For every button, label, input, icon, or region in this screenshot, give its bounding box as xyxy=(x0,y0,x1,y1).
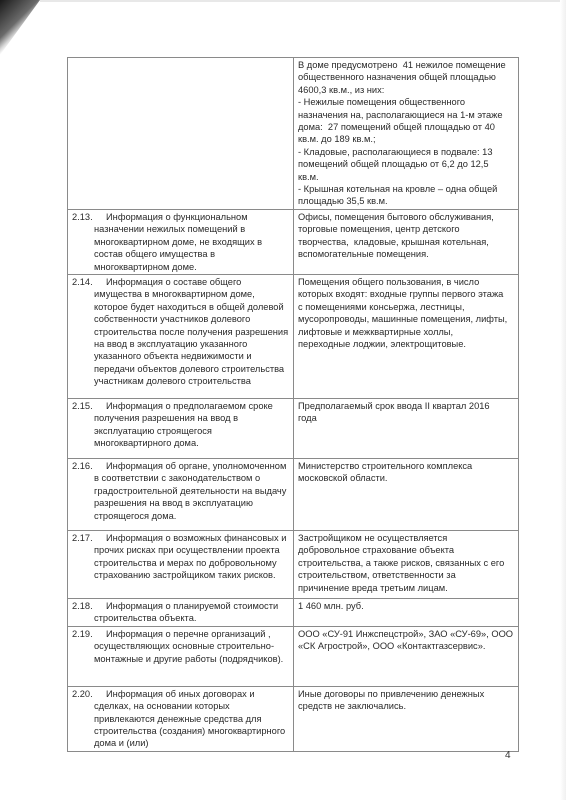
item-value-line: 1 460 млн. руб. xyxy=(298,600,514,612)
item-value-line: средств не заключались. xyxy=(298,700,514,712)
item-label-text: Информация о функциональном назначении н… xyxy=(94,212,262,272)
table-row: 2.19.Информация о перечне организаций , … xyxy=(68,626,519,686)
item-value-line: которых входят: входные группы первого э… xyxy=(298,288,514,300)
item-value-line: мусоропроводы, машинные помещения, лифты… xyxy=(298,313,514,325)
page-corner-fold xyxy=(0,0,40,55)
item-number: 2.20. xyxy=(72,688,94,700)
item-label: 2.14.Информация о составе общего имущест… xyxy=(72,276,289,388)
item-label-cell: 2.14.Информация о составе общего имущест… xyxy=(68,275,294,399)
item-value-line: переходные лоджии, электрощитовые. xyxy=(298,338,514,350)
item-value-line: вспомогательные помещения. xyxy=(298,248,514,260)
item-label-text: Информация о возможных финансовых и проч… xyxy=(94,533,286,580)
item-value-line: строительством, ответственности за xyxy=(298,569,514,581)
scan-top-edge xyxy=(40,0,566,2)
disclosure-table: В доме предусмотрено 41 нежилое помещени… xyxy=(67,57,519,752)
item-value-line: Иные договоры по привлечению денежных xyxy=(298,688,514,700)
item-value-line: «СК Агрострой», ООО «Контактгазсервис». xyxy=(298,640,514,652)
item-value-line: Помещения общего пользования, в число xyxy=(298,276,514,288)
item-value-line: ООО «СУ-91 Инжспецстрой», ЗАО «СУ-69», О… xyxy=(298,628,514,640)
item-value-line: кв.м. до 189 кв.м.; xyxy=(298,133,514,145)
item-value-line: московской области. xyxy=(298,472,514,484)
item-label: 2.17.Информация о возможных финансовых и… xyxy=(72,532,289,582)
table-row: 2.14.Информация о составе общего имущест… xyxy=(68,275,519,399)
item-value-line: помещений общей площадью от 6,2 до 12,5 xyxy=(298,158,514,170)
item-value-line: назначения на, располагающиеся на 1-м эт… xyxy=(298,109,514,121)
item-label-text: Информация о составе общего имущества в … xyxy=(94,277,288,386)
item-value-line: торговые помещения, центр детского xyxy=(298,223,514,235)
item-value-line: - Нежилые помещения общественного xyxy=(298,96,514,108)
item-value-cell: Помещения общего пользования, в числокот… xyxy=(294,275,519,399)
item-value-line: Министерство строительного комплекса xyxy=(298,460,514,472)
item-label-cell: 2.13.Информация о функциональном назначе… xyxy=(68,210,294,275)
item-value-line: добровольное страхование объекта xyxy=(298,544,514,556)
item-label-text: Информация о планируемой стоимости строи… xyxy=(94,601,278,623)
item-label: 2.19.Информация о перечне организаций , … xyxy=(72,628,289,665)
item-number: 2.16. xyxy=(72,460,94,472)
item-value-line: площадью 35,5 кв.м. xyxy=(298,195,514,207)
item-label xyxy=(72,59,289,71)
item-value-line: строительства, а также рисков, связанных… xyxy=(298,557,514,569)
item-label-cell: 2.19.Информация о перечне организаций , … xyxy=(68,626,294,686)
item-value-line: В доме предусмотрено 41 нежилое помещени… xyxy=(298,59,514,71)
item-value-line: общественного назначения общей площадью xyxy=(298,71,514,83)
item-value-line: Офисы, помещения бытового обслуживания, xyxy=(298,211,514,223)
item-value-line: кв.м. xyxy=(298,171,514,183)
item-label-cell: 2.18.Информация о планируемой стоимости … xyxy=(68,599,294,627)
item-label: 2.13.Информация о функциональном назначе… xyxy=(72,211,289,273)
item-label-cell: 2.20.Информация об иных договорах и сдел… xyxy=(68,686,294,751)
item-number: 2.17. xyxy=(72,532,94,544)
item-value-line: года xyxy=(298,412,514,424)
scan-right-edge xyxy=(560,0,566,800)
item-value-cell: Застройщиком не осуществляетсядобровольн… xyxy=(294,531,519,599)
item-label-text: Информация об иных договорах и сделках, … xyxy=(94,689,285,749)
page-number: 4 xyxy=(505,750,511,761)
item-value-cell: ООО «СУ-91 Инжспецстрой», ЗАО «СУ-69», О… xyxy=(294,626,519,686)
item-label: 2.15.Информация о предполагаемом сроке п… xyxy=(72,400,289,450)
item-value-cell: Иные договоры по привлечению денежныхсре… xyxy=(294,686,519,751)
item-label-text: Информация о перечне организаций , осуще… xyxy=(94,629,283,664)
item-value-line: с помещениями консьержа, лестницы, xyxy=(298,301,514,313)
item-value-line: Застройщиком не осуществляется xyxy=(298,532,514,544)
table-row: 2.18.Информация о планируемой стоимости … xyxy=(68,599,519,627)
item-value-cell: В доме предусмотрено 41 нежилое помещени… xyxy=(294,58,519,210)
table-row: 2.17.Информация о возможных финансовых и… xyxy=(68,531,519,599)
item-label-text: Информация об органе, уполномоченном в с… xyxy=(94,461,286,521)
item-value-cell: Офисы, помещения бытового обслуживания,т… xyxy=(294,210,519,275)
item-value-line: - Крышная котельная на кровле – одна общ… xyxy=(298,183,514,195)
item-value-line: Предполагаемый срок ввода II квартал 201… xyxy=(298,400,514,412)
item-value-line: дома: 27 помещений общей площадью от 40 xyxy=(298,121,514,133)
item-label-cell: 2.17.Информация о возможных финансовых и… xyxy=(68,531,294,599)
item-value-cell: Министерство строительного комплексамоск… xyxy=(294,459,519,531)
item-label-text: Информация о предполагаемом сроке получе… xyxy=(94,401,273,448)
item-number: 2.14. xyxy=(72,276,94,288)
table-row: 2.20.Информация об иных договорах и сдел… xyxy=(68,686,519,751)
item-label: 2.20.Информация об иных договорах и сдел… xyxy=(72,688,289,750)
item-value-line: 4600,3 кв.м., из них: xyxy=(298,84,514,96)
table-row: 2.13.Информация о функциональном назначе… xyxy=(68,210,519,275)
item-label: 2.16.Информация об органе, уполномоченно… xyxy=(72,460,289,522)
item-label-cell: 2.16.Информация об органе, уполномоченно… xyxy=(68,459,294,531)
item-value-line: лифтовые и межквартирные холлы, xyxy=(298,326,514,338)
table-row: 2.15.Информация о предполагаемом сроке п… xyxy=(68,399,519,459)
item-label: 2.18.Информация о планируемой стоимости … xyxy=(72,600,289,625)
item-number: 2.19. xyxy=(72,628,94,640)
item-number: 2.18. xyxy=(72,600,94,612)
item-value-line: причинение вреда третьим лицам. xyxy=(298,582,514,594)
item-value-cell: Предполагаемый срок ввода II квартал 201… xyxy=(294,399,519,459)
item-number: 2.13. xyxy=(72,211,94,223)
item-label-cell xyxy=(68,58,294,210)
table-row: В доме предусмотрено 41 нежилое помещени… xyxy=(68,58,519,210)
item-label-cell: 2.15.Информация о предполагаемом сроке п… xyxy=(68,399,294,459)
item-number: 2.15. xyxy=(72,400,94,412)
item-value-line: - Кладовые, располагающиеся в подвале: 1… xyxy=(298,146,514,158)
item-value-cell: 1 460 млн. руб. xyxy=(294,599,519,627)
item-value-line: творчества, кладовые, крышная котельная, xyxy=(298,236,514,248)
table-row: 2.16.Информация об органе, уполномоченно… xyxy=(68,459,519,531)
